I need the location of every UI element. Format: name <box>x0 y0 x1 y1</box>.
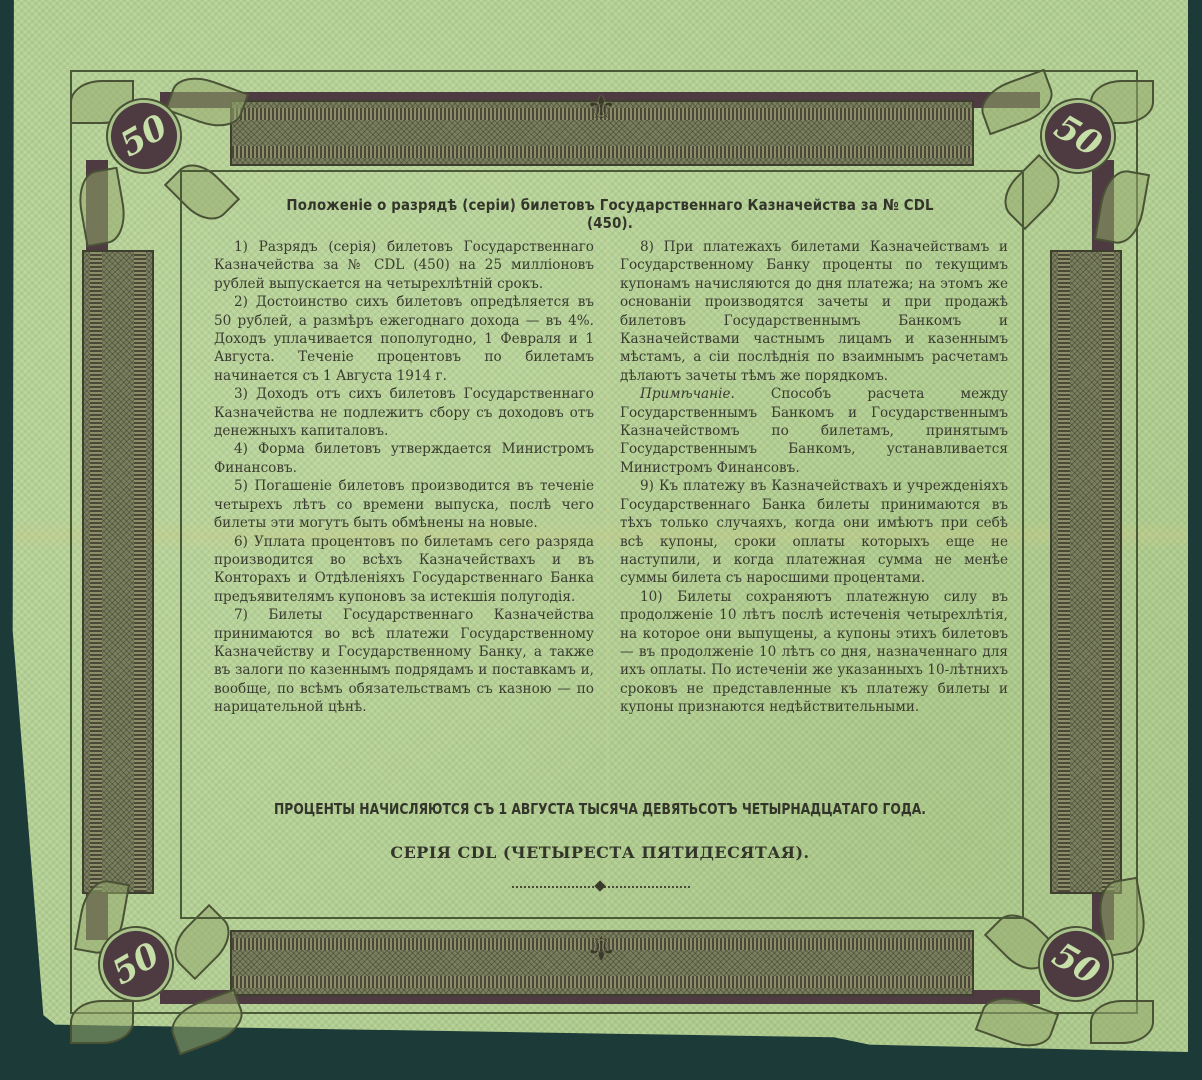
series-line: СЕРIЯ CDL (ЧЕТЫРЕСТА ПЯТИДЕСЯТАЯ). <box>190 843 1010 862</box>
fleur-ornament-bottom-icon: ⚜ <box>586 930 616 964</box>
regulation-clause: 4) Форма билетовъ утверждается Министром… <box>214 440 594 477</box>
regulation-clause: 9) Къ платежу въ Казначействахъ и учрежд… <box>620 477 1008 587</box>
regulation-clause: 3) Доходъ отъ сихъ билетовъ Государствен… <box>214 385 594 440</box>
regulation-column-right: 8) При платежахъ билетами Казначействамъ… <box>620 238 1008 717</box>
regulation-clause: 6) Уплата процентовъ по билетамъ сего ра… <box>214 533 594 607</box>
regulation-note: Примѣчанiе. Способъ расчета между Госуда… <box>620 385 1008 477</box>
regulation-clause: 10) Билеты сохраняютъ платежную силу въ … <box>620 588 1008 717</box>
fleur-ornament-top-icon: ⚜ <box>586 92 616 126</box>
interest-accrual-line: ПРОЦЕНТЫ НАЧИСЛЯЮТСЯ СЪ 1 АВГУСТА ТЫСЯЧА… <box>264 800 936 818</box>
frame-band-left <box>82 250 154 894</box>
regulation-clause: 7) Билеты Государственнаго Казначейства … <box>214 606 594 716</box>
regulation-column-left: 1) Разрядъ (серiя) билетовъ Государствен… <box>214 238 594 717</box>
regulation-clause: 2) Достоинство сихъ билетовъ опредѣляетс… <box>214 293 594 385</box>
regulation-title: Положенiе о разрядѣ (серiи) билетовъ Гос… <box>266 196 954 232</box>
frame-band-right <box>1050 250 1122 894</box>
regulation-clause: 1) Разрядъ (серiя) билетовъ Государствен… <box>214 238 594 293</box>
regulation-clause: 8) При платежахъ билетами Казначействамъ… <box>620 238 1008 385</box>
note-label: Примѣчанiе. <box>640 386 735 402</box>
regulation-clause: 5) Погашенiе билетовъ производится въ те… <box>214 477 594 532</box>
